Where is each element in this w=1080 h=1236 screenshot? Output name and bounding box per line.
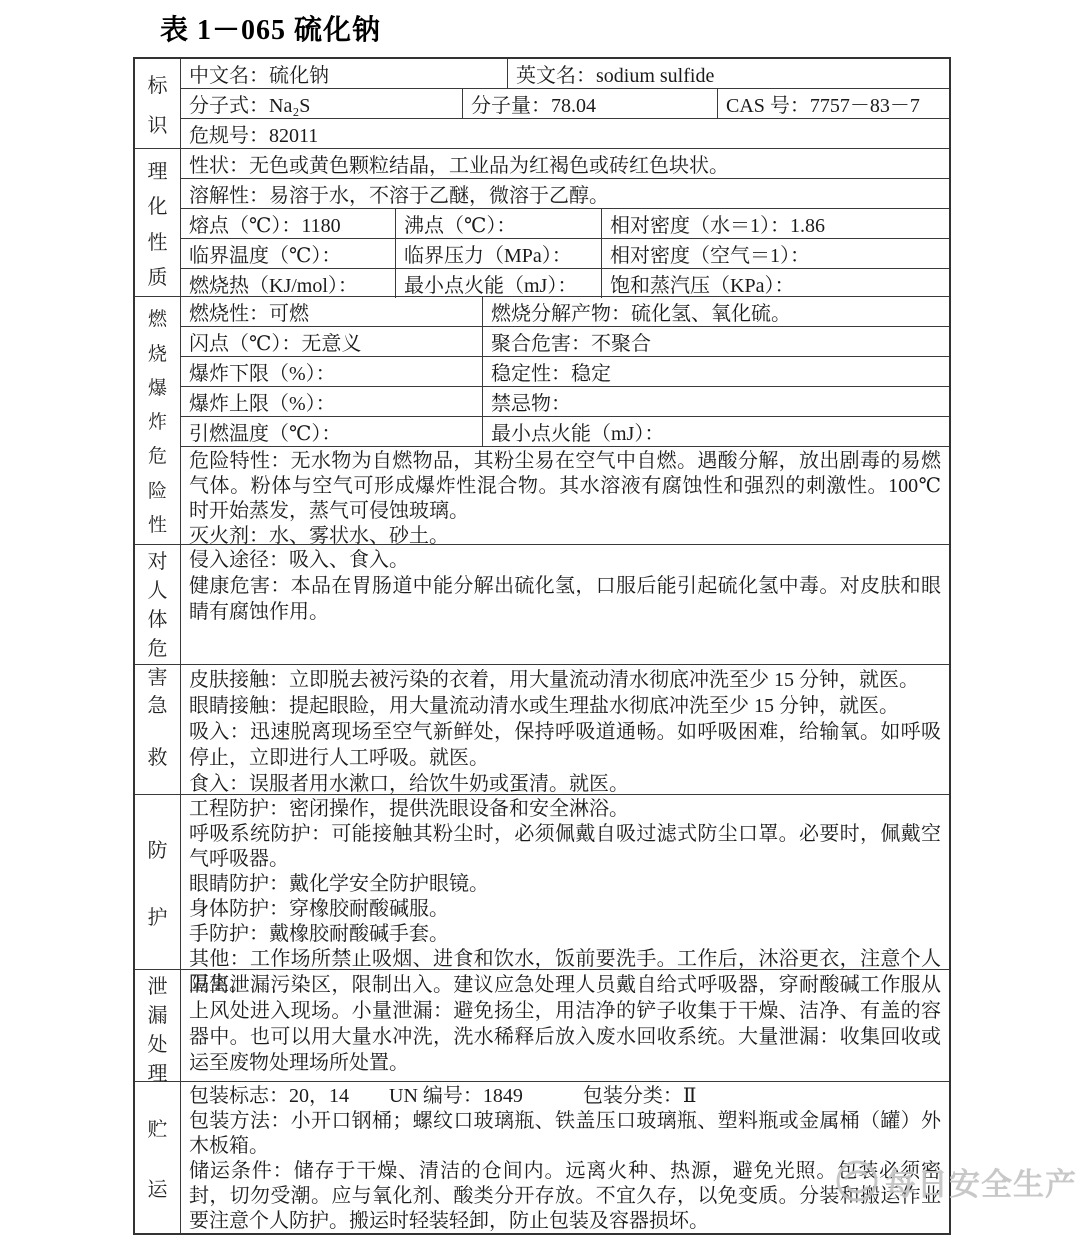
table-row: 引燃温度（℃）： 最小点火能（mJ）： [181,416,949,446]
table-row: 中文名：硫化钠 英文名：sodium sulfide [181,59,949,88]
exposure-routes-text: 侵入途径：吸入、食入。 [189,547,941,573]
polymerization-hazard-cell: 聚合危害：不聚合 [482,327,949,356]
section-fire-explosion-label: 燃烧爆炸危险性 [135,297,181,544]
section-identification-body: 中文名：硫化钠 英文名：sodium sulfide 分子式：Na₂S 分子量：… [181,59,949,148]
stability-cell: 稳定性：稳定 [482,357,949,386]
engineering-protection-text: 工程防护：密闭操作，提供洗眼设备和安全淋浴。 [189,797,941,822]
skin-contact-text: 皮肤接触：立即脱去被污染的衣着，用大量流动清水彻底冲洗至少 15 分钟，就医。 [189,667,941,693]
section-leak-handling-label: 泄漏处理 [135,970,181,1081]
inhalation-text: 吸入：迅速脱离现场至空气新鲜处，保持呼吸道通畅。如呼吸困难，给输氧。如呼吸停止，… [189,719,941,771]
packaging-marks-text: 包装标志：20，14 UN 编号：1849 包装分类：Ⅱ [189,1084,941,1109]
respiratory-protection-text: 呼吸系统防护：可能接触其粉尘时，必须佩戴自吸过滤式防尘口罩。必要时，佩戴空气呼吸… [189,822,941,872]
formula-cell: 分子式：Na₂S [181,89,462,118]
section-first-aid-label: 急救 [135,665,181,794]
human-hazard-cell: 侵入途径：吸入、食入。 健康危害：本品在胃肠道中能分解出硫化氢，口服后能引起硫化… [181,545,949,627]
section-identification: 标识 中文名：硫化钠 英文名：sodium sulfide 分子式：Na₂S 分… [135,59,949,148]
chinese-name-cell: 中文名：硫化钠 [181,59,507,88]
section-physical-label: 理化性质 [135,149,181,296]
leak-handling-text: 隔离泄漏污染区，限制出入。建议应急处理人员戴自给式呼吸器，穿耐酸碱工作服从上风处… [189,972,941,1076]
watermark-logo-icon [834,1158,880,1204]
msds-table: 标识 中文名：硫化钠 英文名：sodium sulfide 分子式：Na₂S 分… [133,57,951,1235]
explosion-upper-limit-cell: 爆炸上限（%）： [181,387,482,416]
min-spark-energy-cell: 最小点火能（mJ）： [482,417,949,446]
appearance-cell: 性状：无色或黄色颗粒结晶，工业品为红褐色或砖红色块状。 [181,149,949,178]
combustion-products-cell: 燃烧分解产物：硫化氢、氧化硫。 [482,297,949,326]
incompatibilities-cell: 禁忌物： [482,387,949,416]
mol-weight-cell: 分子量：78.04 [462,89,717,118]
table-row: 爆炸下限（%）： 稳定性：稳定 [181,356,949,386]
section-protection-label: 防护 [135,795,181,969]
table-row: 闪点（℃）：无意义 聚合危害：不聚合 [181,326,949,356]
watermark-text: 每日安全生产 [885,1159,1077,1204]
boiling-point-cell: 沸点（℃）： [395,209,601,238]
melting-point-cell: 熔点（℃）：1180 [181,209,395,238]
critical-pressure-cell: 临界压力（MPa）： [395,239,601,268]
section-leak-handling: 泄漏处理 隔离泄漏污染区，限制出入。建议应急处理人员戴自给式呼吸器，穿耐酸碱工作… [135,969,949,1081]
density-water-cell: 相对密度（水＝1）：1.86 [601,209,949,238]
msds-page: 表 1－065 硫化钠 标识 中文名：硫化钠 英文名：sodium sulfid… [0,0,1080,1236]
flash-point-cell: 闪点（℃）：无意义 [181,327,482,356]
eye-contact-text: 眼睛接触：提起眼睑，用大量流动清水或生理盐水彻底冲洗至少 15 分钟，就医。 [189,693,941,719]
section-human-hazard-body: 侵入途径：吸入、食入。 健康危害：本品在胃肠道中能分解出硫化氢，口服后能引起硫化… [181,545,949,664]
combustion-heat-cell: 燃烧热（KJ/mol）： [181,269,395,298]
table-row: 燃烧性：可燃 燃烧分解产物：硫化氢、氧化硫。 [181,297,949,326]
cas-cell: CAS 号：7757－83－7 [717,89,949,118]
density-air-cell: 相对密度（空气＝1）： [601,239,949,268]
explosion-lower-limit-cell: 爆炸下限（%）： [181,357,482,386]
section-storage-transport: 贮运 包装标志：20，14 UN 编号：1849 包装分类：Ⅱ 包装方法：小开口… [135,1081,949,1233]
flammability-cell: 燃烧性：可燃 [181,297,482,326]
table-row: 分子式：Na₂S 分子量：78.04 CAS 号：7757－83－7 [181,88,949,118]
ignition-temp-cell: 引燃温度（℃）： [181,417,482,446]
table-row: 熔点（℃）：1180 沸点（℃）： 相对密度（水＝1）：1.86 [181,208,949,238]
hazard-characteristics-cell: 危险特性：无水物为自燃物品，其粉尘易在空气中自燃。遇酸分解，放出剧毒的易燃气体。… [181,446,949,547]
solubility-cell: 溶解性：易溶于水，不溶于乙醚，微溶于乙醇。 [181,179,949,208]
table-row: 临界温度（℃）： 临界压力（MPa）： 相对密度（空气＝1）： [181,238,949,268]
table-row: 溶解性：易溶于水，不溶于乙醚，微溶于乙醇。 [181,178,949,208]
section-human-hazard-label: 对人体危害 [135,545,181,664]
section-protection-body: 工程防护：密闭操作，提供洗眼设备和安全淋浴。 呼吸系统防护：可能接触其粉尘时，必… [181,795,949,969]
section-fire-explosion: 燃烧爆炸危险性 燃烧性：可燃 燃烧分解产物：硫化氢、氧化硫。 闪点（℃）：无意义… [135,296,949,544]
hand-protection-text: 手防护：戴橡胶耐酸碱手套。 [189,922,941,947]
storage-conditions-text: 储运条件：储存于干燥、清洁的仓间内。远离火种、热源，避免光照。包装必须密封，切勿… [189,1159,941,1234]
section-protection: 防护 工程防护：密闭操作，提供洗眼设备和安全淋浴。 呼吸系统防护：可能接触其粉尘… [135,794,949,969]
section-leak-handling-body: 隔离泄漏污染区，限制出入。建议应急处理人员戴自给式呼吸器，穿耐酸碱工作服从上风处… [181,970,949,1081]
page-title: 表 1－065 硫化钠 [160,8,381,48]
eye-protection-text: 眼睛防护：戴化学安全防护眼镜。 [189,872,941,897]
table-row: 性状：无色或黄色颗粒结晶，工业品为红褐色或砖红色块状。 [181,149,949,178]
first-aid-cell: 皮肤接触：立即脱去被污染的衣着，用大量流动清水彻底冲洗至少 15 分钟，就医。 … [181,665,949,799]
watermark: 每日安全生产 [834,1158,1077,1204]
section-storage-transport-label: 贮运 [135,1082,181,1233]
critical-temp-cell: 临界温度（℃）： [181,239,395,268]
min-ignition-energy-cell: 最小点火能（mJ）： [395,269,601,298]
hazard-characteristics-text: 危险特性：无水物为自燃物品，其粉尘易在空气中自燃。遇酸分解，放出剧毒的易燃气体。… [189,449,941,524]
table-row: 燃烧热（KJ/mol）： 最小点火能（mJ）： 饱和蒸汽压（KPa）： [181,268,949,298]
packaging-method-text: 包装方法：小开口钢桶；螺纹口玻璃瓶、铁盖压口玻璃瓶、塑料瓶或金属桶（罐）外木板箱… [189,1109,941,1159]
section-first-aid-body: 皮肤接触：立即脱去被污染的衣着，用大量流动清水彻底冲洗至少 15 分钟，就医。 … [181,665,949,794]
section-first-aid: 急救 皮肤接触：立即脱去被污染的衣着，用大量流动清水彻底冲洗至少 15 分钟，就… [135,664,949,794]
dg-number-cell: 危规号：82011 [181,119,949,148]
health-hazard-text: 健康危害：本品在胃肠道中能分解出硫化氢，口服后能引起硫化氢中毒。对皮肤和眼睛有腐… [189,573,941,625]
section-human-hazard: 对人体危害 侵入途径：吸入、食入。 健康危害：本品在胃肠道中能分解出硫化氢，口服… [135,544,949,664]
section-physical: 理化性质 性状：无色或黄色颗粒结晶，工业品为红褐色或砖红色块状。 溶解性：易溶于… [135,148,949,296]
vapor-pressure-cell: 饱和蒸汽压（KPa）： [601,269,949,298]
section-fire-explosion-body: 燃烧性：可燃 燃烧分解产物：硫化氢、氧化硫。 闪点（℃）：无意义 聚合危害：不聚… [181,297,949,544]
table-row: 危规号：82011 [181,118,949,148]
table-row: 爆炸上限（%）： 禁忌物： [181,386,949,416]
section-identification-label: 标识 [135,59,181,148]
english-name-cell: 英文名：sodium sulfide [507,59,949,88]
leak-handling-cell: 隔离泄漏污染区，限制出入。建议应急处理人员戴自给式呼吸器，穿耐酸碱工作服从上风处… [181,970,949,1078]
section-physical-body: 性状：无色或黄色颗粒结晶，工业品为红褐色或砖红色块状。 溶解性：易溶于水，不溶于… [181,149,949,296]
body-protection-text: 身体防护：穿橡胶耐酸碱服。 [189,897,941,922]
